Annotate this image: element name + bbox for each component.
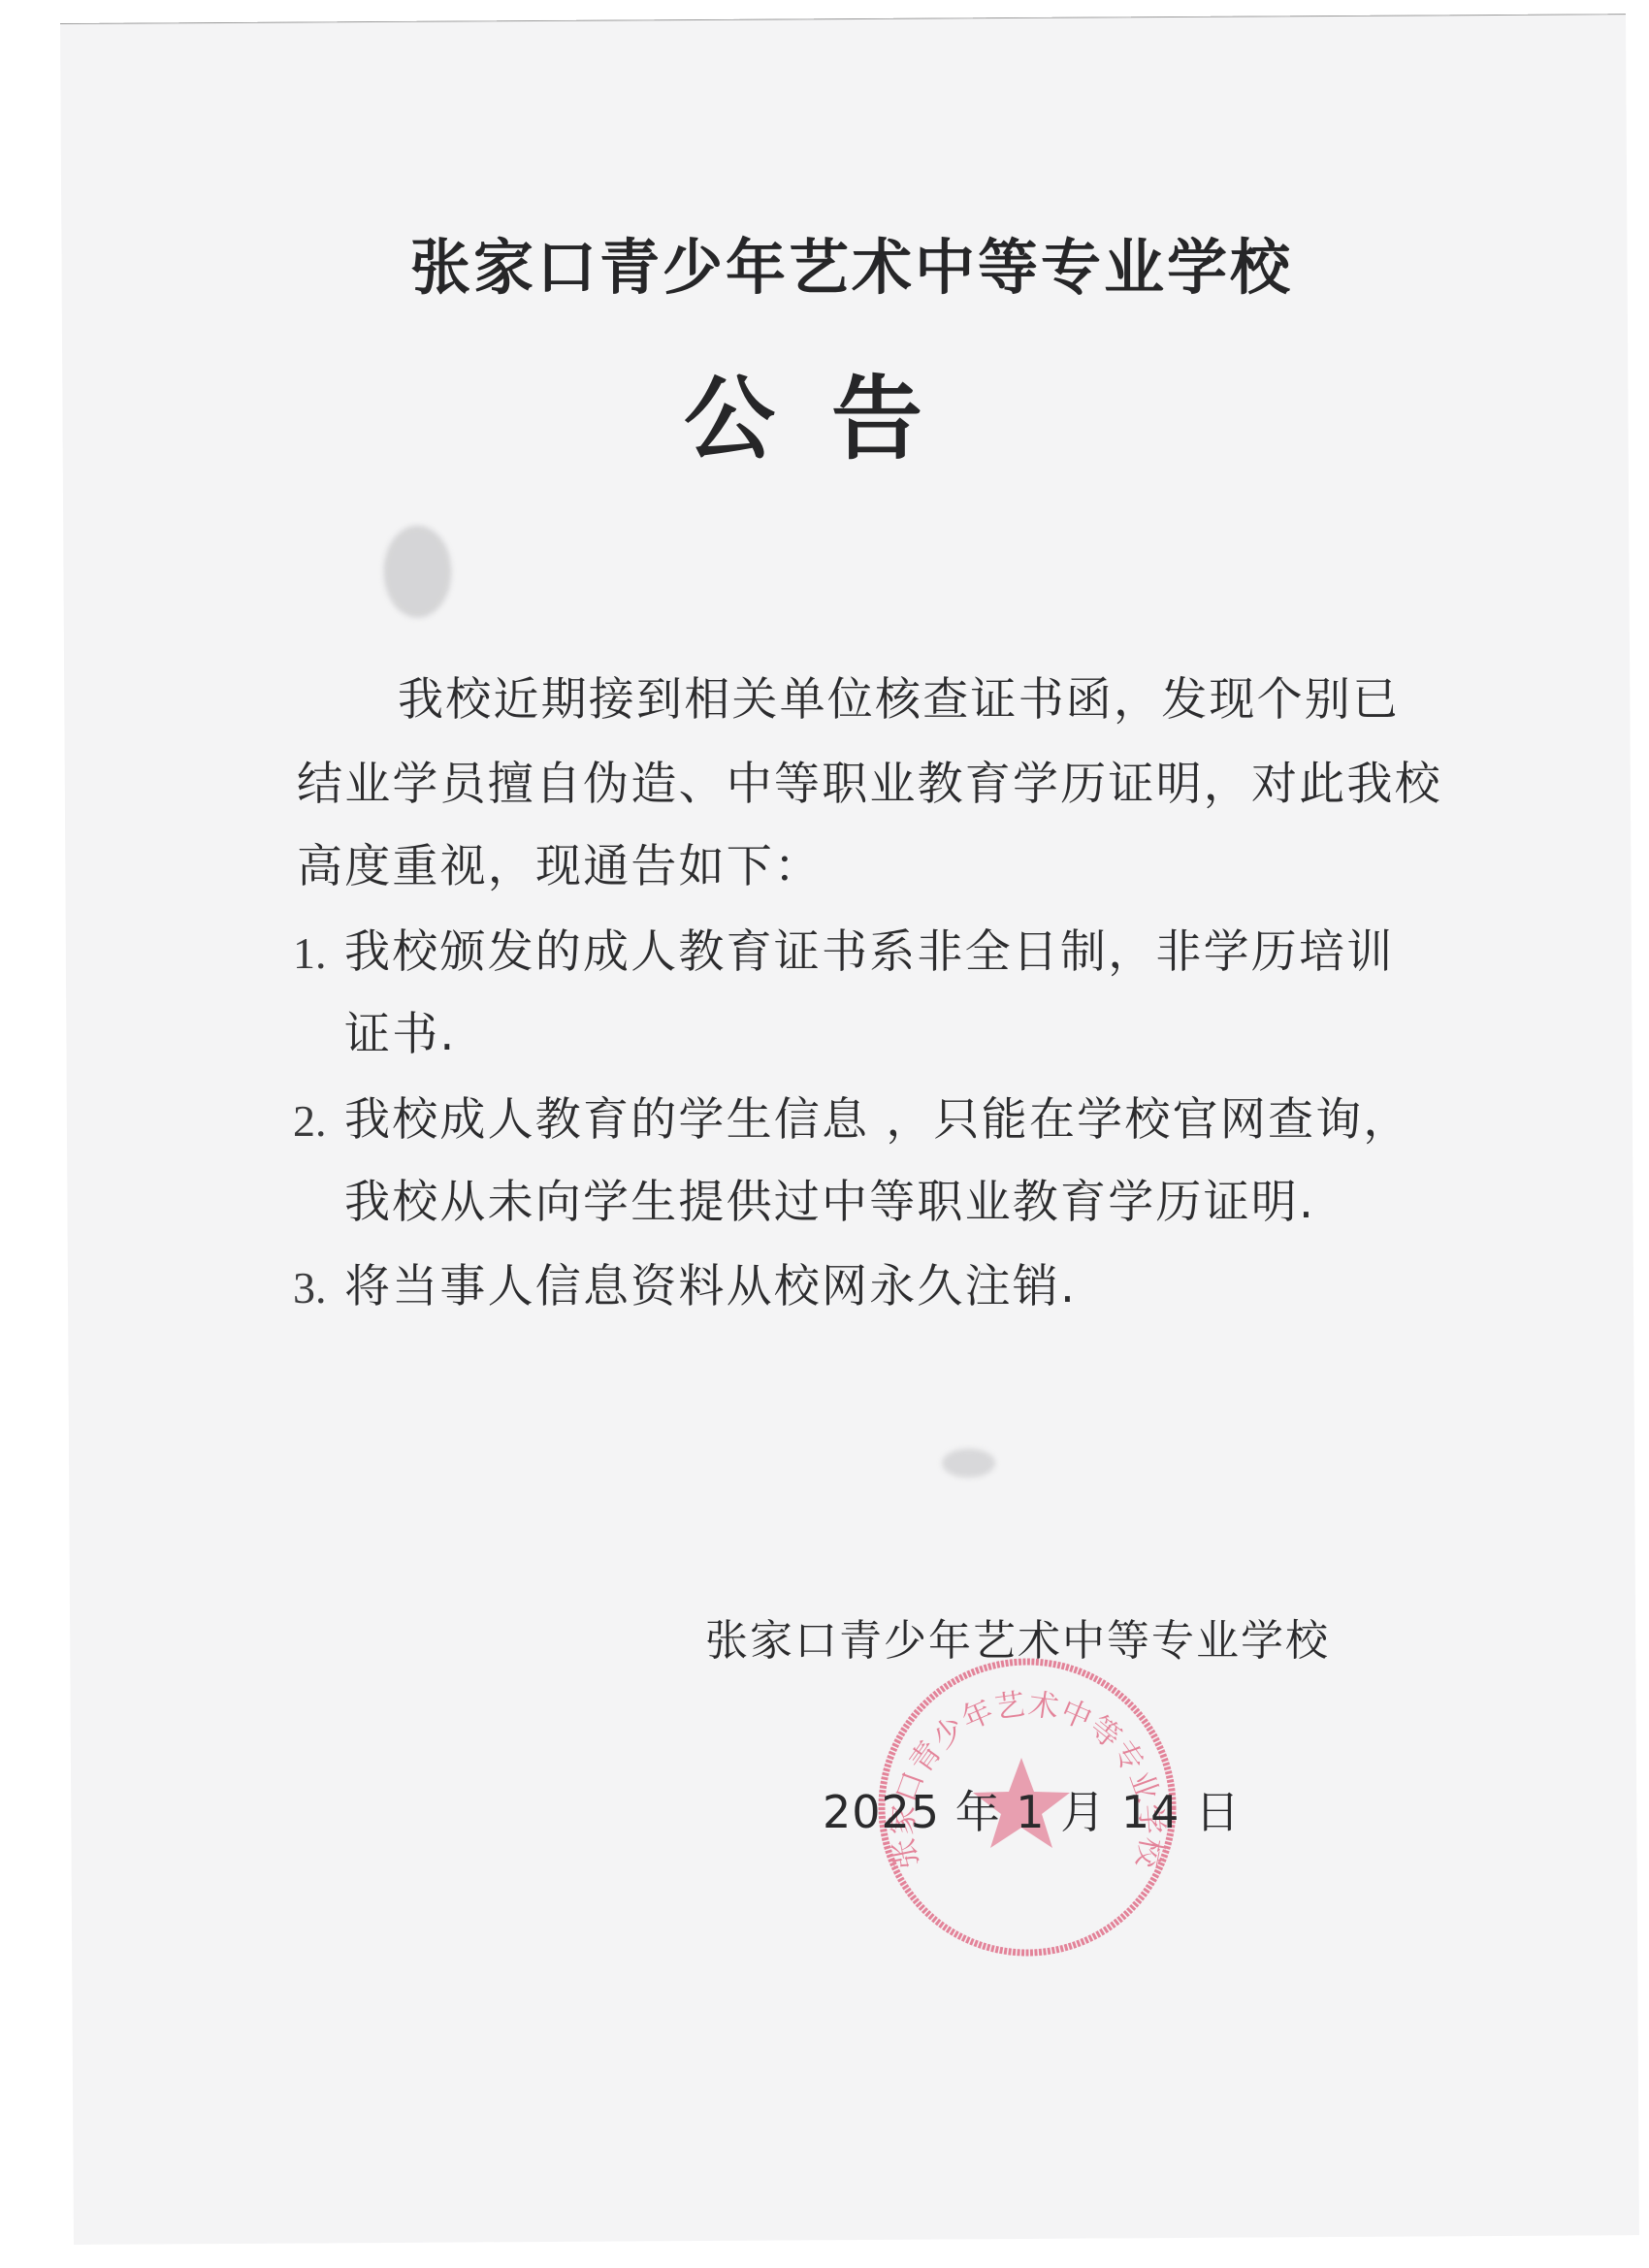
item-number-1: 1. bbox=[293, 927, 327, 979]
item-number-2: 2. bbox=[293, 1095, 327, 1147]
ink-smudge bbox=[942, 1448, 995, 1477]
item-number-3: 3. bbox=[293, 1262, 327, 1313]
signature-date: 2025 年 1 月 14 日 bbox=[823, 1777, 1241, 1841]
item-1-line-1: 我校颁发的成人教育证书系非全日制，非学历培训 bbox=[344, 929, 1394, 975]
intro-line-1: 我校近期接到相关单位核查证书函，发现个别已 bbox=[398, 677, 1400, 723]
item-1-line-2: 证书. bbox=[344, 1012, 457, 1057]
school-name-heading: 张家口青少年艺术中等专业学校 bbox=[410, 219, 1293, 306]
ink-smudge bbox=[383, 526, 452, 618]
item-2-line-1: 我校成人教育的学生信息 ，只能在学校官网查询， bbox=[344, 1097, 1411, 1143]
item-3-line-1: 将当事人信息资料从校网永久注销. bbox=[344, 1264, 1077, 1310]
intro-line-2: 结业学员擅自伪造、中等职业教育学历证明，对此我校 bbox=[297, 761, 1442, 807]
notice-title: 公告 bbox=[684, 345, 979, 476]
item-2-line-2: 我校从未向学生提供过中等职业教育学历证明. bbox=[344, 1180, 1315, 1225]
intro-line-3: 高度重视，现通告如下： bbox=[297, 844, 822, 890]
